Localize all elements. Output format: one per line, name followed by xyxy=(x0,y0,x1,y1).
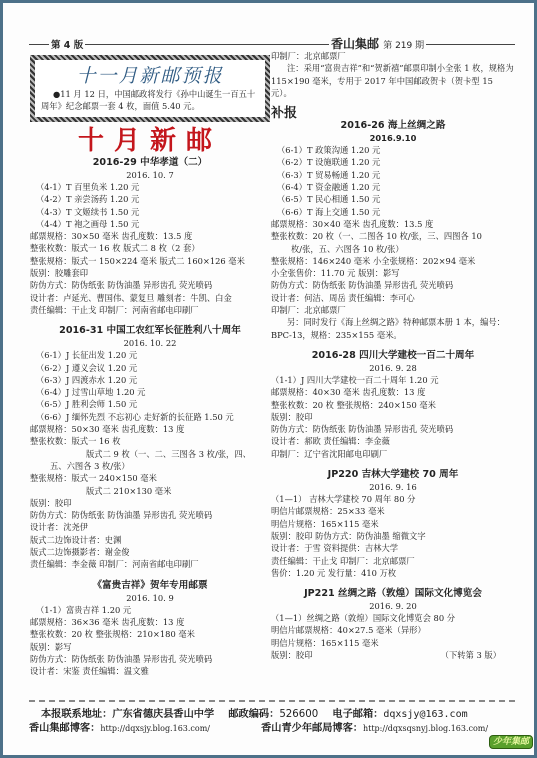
section-2016-28: 2016-28 四川大学建校一百二十周年 2016. 9. 28 （1-1）J … xyxy=(271,349,515,460)
spec-line: 责任编辑：干止戈 印制厂：河南省邮电印刷厂 xyxy=(30,304,270,316)
stamp-item: （6-1）J 长征出发 1.20 元 xyxy=(30,349,270,361)
section-jp221: JP221 丝绸之路（敦煌）国际文化博览会 2016. 9. 20 （1—1）丝… xyxy=(271,587,515,661)
spec-line: 版式二 9 枚（一、二、三图各 3 枚/张，四、 xyxy=(30,448,270,460)
stamp-item: （6-3）T 贸易畅通 1.20 元 xyxy=(271,169,515,181)
spec-line: 五、六图各 3 枚/张） xyxy=(30,460,270,472)
footer-blogs: 香山集邮博客：http://dqxsjy.blog.163.com/ 香山青少年… xyxy=(29,719,488,734)
spec-line: 整张枚数：版式一 16 枚 xyxy=(30,435,270,447)
section-title: 2016-31 中国工农红军长征胜利八十周年 xyxy=(30,324,270,337)
spec-line: 设计者：郝欧 责任编辑：李金薇 xyxy=(271,435,515,447)
stamp-item: （4-1）T 百里负米 1.20 元 xyxy=(30,181,270,193)
spec-line: 版式二边饰摄影者：谢金俊 xyxy=(30,546,270,558)
spec-line: 售价：1.20 元 发行量：410 万枚 xyxy=(271,567,515,579)
spec-line: 整张枚数：20 枚（一、二图各 10 枚/张，三、四图各 10 xyxy=(271,230,515,242)
section-2016-26: 2016-26 海上丝绸之路 2016.9.10 （6-1）T 政策沟通 1.2… xyxy=(271,119,515,341)
spec-line: 设计者：沈尧伊 xyxy=(30,521,270,533)
section-date: 2016. 9. 20 xyxy=(271,600,515,612)
section-date: 2016. 10. 22 xyxy=(30,337,270,349)
stamp-item: （4-3）T 文姬续书 1.50 元 xyxy=(30,206,270,218)
section-title: 2016-26 海上丝绸之路 xyxy=(271,119,515,132)
spec-line: 邮票规格：30×50 毫米 齿孔度数：13.5 度 xyxy=(30,230,270,242)
spec-line: 明信片规格：165×115 毫米 xyxy=(271,518,515,530)
stamp-item: （6-3）J 四渡赤水 1.20 元 xyxy=(30,374,270,386)
spec-line: 整张枚数：版式一 16 枚 版式二 8 枚（2 套） xyxy=(30,242,270,254)
section-jp220: JP220 吉林大学建校 70 周年 2016. 9. 16 （1—1） 吉林大… xyxy=(271,468,515,579)
spec-line: 设计者：何洁、周岳 责任编辑：李可心 xyxy=(271,292,515,304)
stamp-item: （6-4）T 资金融通 1.20 元 xyxy=(271,181,515,193)
stamp-item: （6-4）J 过雪山草地 1.20 元 xyxy=(30,386,270,398)
page-header: 第 4 版 香山集邮 第 219 期 xyxy=(29,37,515,51)
spec-line: 责任编辑：李金薇 印制厂：河南省邮电印刷厂 xyxy=(30,558,270,570)
blog1-label: 香山集邮博客： xyxy=(29,723,100,734)
spec-line: 防伪方式：防伪纸张 防伪油墨 异形齿孔 荧光喷码 xyxy=(30,279,270,291)
header-rule xyxy=(29,44,515,45)
stamp-item: （6-5）J 胜利会师 1.50 元 xyxy=(30,398,270,410)
spec-line: 设计者：于雪 资料提供：吉林大学 xyxy=(271,542,515,554)
blog2-link[interactable]: http://dqxsqsnyj.blog.163.com/ xyxy=(363,724,488,733)
stamp-item: （6-2）T 设施联通 1.20 元 xyxy=(271,156,515,168)
section-2016-29: 2016-29 中华孝道（二） 2016. 10. 7 （4-1）T 百里负米 … xyxy=(30,156,270,316)
spec-line: 整张规格：版式一 150×224 毫米 版式二 160×126 毫米 xyxy=(30,255,270,267)
stamp-item: （1—1） 吉林大学建校 70 周年 80 分 xyxy=(271,493,515,505)
spec-line: 责任编辑：干止戈 印制厂：北京邮票厂 xyxy=(271,555,515,567)
stamp-item: （1—1）丝绸之路（敦煌）国际文化博览会 80 分 xyxy=(271,612,515,624)
spec-line: 邮票规格：30×40 毫米 齿孔度数：13.5 度 xyxy=(271,218,515,230)
october-stamps-title: 十月新邮 xyxy=(30,126,270,156)
spec-line: 明信片规格：165×115 毫米 xyxy=(271,637,515,649)
spec-line: 版式二边饰设计者：史渊 xyxy=(30,534,270,546)
spec-line: 小全张售价：11.70 元 版别：影写 xyxy=(271,267,515,279)
spec-line: 版别：胶印 xyxy=(271,649,313,661)
spec-line: 防伪方式：防伪纸张 防伪油墨 异形齿孔 荧光喷码 xyxy=(271,423,515,435)
footer-contact: 本报联系地址：广东省德庆县香山中学 邮政编码：526600 电子邮箱：dqxsj… xyxy=(41,705,468,720)
section-title: 《富贵吉祥》贺年专用邮票 xyxy=(30,579,270,592)
stamp-item: （6-6）T 海上交通 1.50 元 xyxy=(271,206,515,218)
preview-text: ●11 月 12 日，中国邮政将发行《孙中山诞生一百五十周年》纪念邮票一套 4 … xyxy=(41,88,259,112)
section-date: 2016. 10. 9 xyxy=(30,592,270,604)
section-2016-31: 2016-31 中国工农红军长征胜利八十周年 2016. 10. 22 （6-1… xyxy=(30,324,270,570)
left-column: 十一月新邮预报 ●11 月 12 日，中国邮政将发行《孙中山诞生一百五十周年》纪… xyxy=(30,55,270,677)
stamp-item: （6-2）J 遵义会议 1.20 元 xyxy=(30,362,270,374)
stamp-item: （6-5）T 民心相通 1.50 元 xyxy=(271,193,515,205)
spec-line: 防伪方式：防伪纸张 防伪油墨 异形齿孔 荧光喷码 xyxy=(271,279,515,291)
newspaper-page: 第 4 版 香山集邮 第 219 期 十一月新邮预报 ●11 月 12 日，中国… xyxy=(3,3,534,755)
right-column: 印制厂：北京邮票厂 注：采用“富贵吉祥”和“贺新禧”邮票印制小全张 1 枚，规格… xyxy=(271,50,515,661)
spec-line: 邮票规格：36×36 毫米 齿孔度数：13 度 xyxy=(30,616,270,628)
section-date: 2016. 9. 28 xyxy=(271,362,515,374)
spec-line: 设计者：宋鉴 责任编辑：温文雅 xyxy=(30,665,270,677)
spec-line: 明信片邮票规格：25×33 毫米 xyxy=(271,505,515,517)
spec-line: 整张枚数：20 枚 整张规格：240×150 毫米 xyxy=(271,399,515,411)
spec-line: 邮票规格：40×30 毫米 齿孔度数：13 度 xyxy=(271,386,515,398)
section-title: JP221 丝绸之路（敦煌）国际文化博览会 xyxy=(271,587,515,600)
spec-line: 版别：胶雕套印 xyxy=(30,267,270,279)
spec-line: 版式二 210×130 毫米 xyxy=(30,485,270,497)
stamp-item: （1-1）J 四川大学建校一百二十周年 1.20 元 xyxy=(271,374,515,386)
stamp-item: （4-2）T 亲尝汤药 1.20 元 xyxy=(30,193,270,205)
masthead-title: 香山集邮 xyxy=(331,37,379,51)
spec-line: 印制厂：北京邮票厂 xyxy=(271,304,515,316)
blog2-label: 香山青少年邮局博客： xyxy=(261,723,363,734)
youth-philately-badge: 少年集邮 xyxy=(489,735,533,749)
footer-divider xyxy=(29,700,515,702)
section-title: 2016-29 中华孝道（二） xyxy=(30,156,270,169)
stamp-item: （4-4）T 袍之画母 1.50 元 xyxy=(30,218,270,230)
section-title: 2016-28 四川大学建校一百二十周年 xyxy=(271,349,515,362)
section-new-year-stamp: 《富贵吉祥》贺年专用邮票 2016. 10. 9 （1-1）富贵吉祥 1.20 … xyxy=(30,579,270,678)
spec-line: 整张规格：146×240 毫米 小全张规格：202×94 毫米 xyxy=(271,255,515,267)
stamp-item: （6-1）T 政策沟通 1.20 元 xyxy=(271,144,515,156)
stamp-item: （1-1）富贵吉祥 1.20 元 xyxy=(30,604,270,616)
spec-line: 设计者：卢延光、曹国伟、蒙复旦 雕刻者：牛凯、白金 xyxy=(30,292,270,304)
last-line: 版别：胶印 （下转第 3 版） xyxy=(271,649,515,661)
spec-line: 版别：影写 xyxy=(30,641,270,653)
spec-line: 邮票规格：50×30 毫米 齿孔度数：13 度 xyxy=(30,423,270,435)
spec-line: 整张枚数：20 枚 整张规格：210×180 毫米 xyxy=(30,628,270,640)
spec-line: 印制厂：辽宁省沈阳邮电印刷厂 xyxy=(271,448,515,460)
section-date: 2016.9.10 xyxy=(271,132,515,144)
spec-line: 防伪方式：防伪纸张 防伪油墨 异形齿孔 荧光喷码 xyxy=(30,653,270,665)
section-date: 2016. 9. 16 xyxy=(271,481,515,493)
continued-note: （下转第 3 版） xyxy=(441,649,501,661)
blog1-link[interactable]: http://dqxsjy.blog.163.com/ xyxy=(100,724,210,733)
spec-line: 整张规格：版式一 240×150 毫米 xyxy=(30,472,270,484)
note-paragraph: 注：采用“富贵吉祥”和“贺新禧”邮票印制小全张 1 枚，规格为 115×190 … xyxy=(271,62,515,99)
spec-line: 版别：胶印 xyxy=(271,411,515,423)
spec-line: 防伪方式：防伪纸张 防伪油墨 异形齿孔 荧光喷码 xyxy=(30,509,270,521)
section-title: JP220 吉林大学建校 70 周年 xyxy=(271,468,515,481)
stamp-item: （6-6）J 缅怀先烈 不忘初心 走好新的长征路 1.50 元 xyxy=(30,411,270,423)
spec-line: 明信片邮票规格：40×27.5 毫米（异形） xyxy=(271,624,515,636)
edition-label: 第 4 版 xyxy=(49,37,85,51)
spec-line: 版别：胶印 防伪方式：防伪油墨 缩微文字 xyxy=(271,530,515,542)
preview-title: 十一月新邮预报 xyxy=(41,64,259,88)
spec-line: 版别：胶印 xyxy=(30,497,270,509)
extra-paragraph: 另：同时发行《海上丝绸之路》特种邮票本册 1 本，编号：BPC-13，规格：23… xyxy=(271,316,515,341)
section-date: 2016. 10. 7 xyxy=(30,169,270,181)
spec-line: 枚/张，五、六图各 10 枚/张） xyxy=(271,243,515,255)
printer-line: 印制厂：北京邮票厂 xyxy=(271,50,515,62)
november-preview-box: 十一月新邮预报 ●11 月 12 日，中国邮政将发行《孙中山诞生一百五十周年》纪… xyxy=(30,55,270,122)
